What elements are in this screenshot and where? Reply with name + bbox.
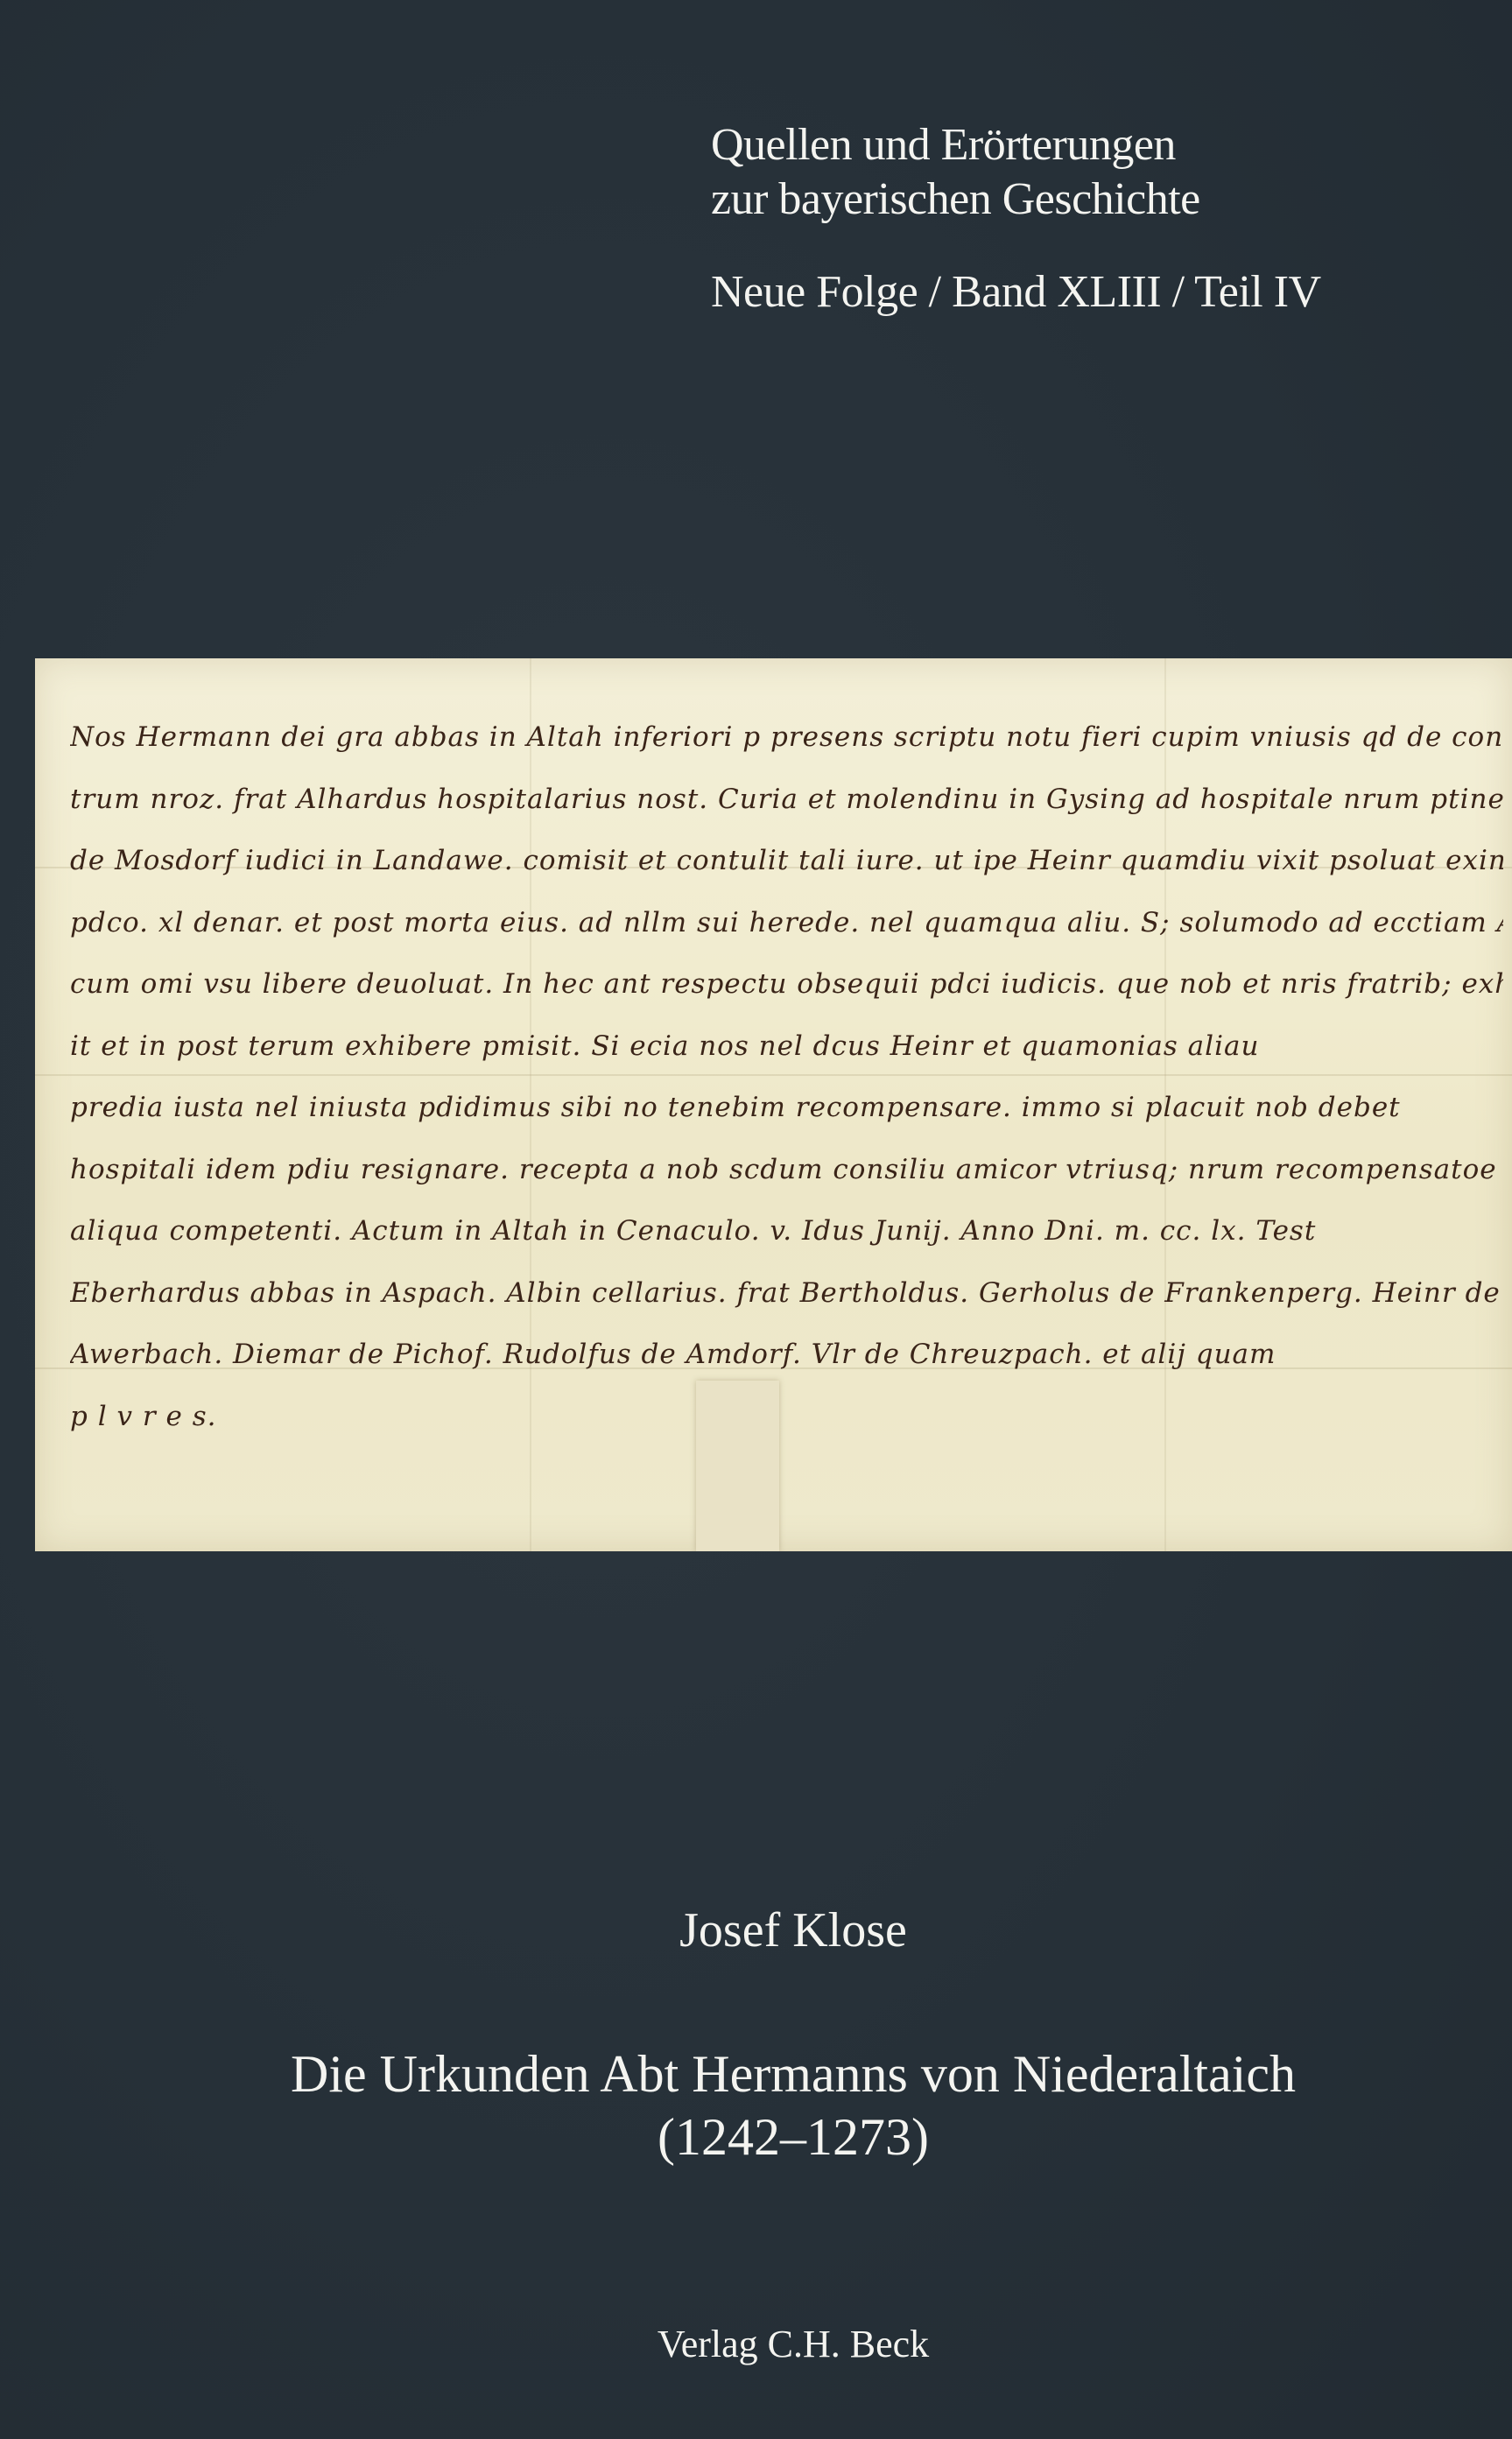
- seal-strip: [696, 1381, 779, 1551]
- publisher: Verlag C.H. Beck: [0, 2320, 1512, 2369]
- manuscript-line: trum nroz. frat Alhardus hospitalarius n…: [70, 769, 1503, 831]
- author-name: Josef Klose: [0, 1900, 1512, 1961]
- manuscript-line: p l v r e s.: [70, 1386, 1503, 1448]
- manuscript-line: Eberhardus abbas in Aspach. Albin cellar…: [70, 1262, 1503, 1325]
- volume-info: Neue Folge / Band XLIII / Teil IV: [711, 265, 1321, 320]
- book-title-main: Die Urkunden Abt Hermanns von Niederalta…: [74, 2042, 1512, 2105]
- book-title: Die Urkunden Abt Hermanns von Niederalta…: [0, 2042, 1512, 2168]
- manuscript-line: pdco. xl denar. et post morta eius. ad n…: [70, 892, 1503, 954]
- manuscript-line: hospitali idem pdiu resignare. recepta a…: [70, 1139, 1503, 1201]
- series-title: Quellen und Erörterungen zur bayerischen…: [711, 118, 1200, 227]
- book-title-years: (1242–1273): [74, 2105, 1512, 2168]
- manuscript-line: it et in post terum exhibere pmisit. Si …: [70, 1016, 1503, 1078]
- manuscript-line: cum omi vsu libere deuoluat. In hec ant …: [70, 953, 1503, 1016]
- manuscript-line: aliqua competenti. Actum in Altah in Cen…: [70, 1200, 1503, 1262]
- series-title-line-2: zur bayerischen Geschichte: [711, 172, 1200, 227]
- manuscript-line: predia iusta nel iniusta pdidimus sibi n…: [70, 1077, 1503, 1139]
- manuscript-line: de Mosdorf iudici in Landawe. comisit et…: [70, 830, 1503, 892]
- manuscript-line: Nos Hermann dei gra abbas in Altah infer…: [70, 706, 1503, 769]
- manuscript-image: Nos Hermann dei gra abbas in Altah infer…: [35, 658, 1512, 1551]
- series-title-line-1: Quellen und Erörterungen: [711, 118, 1200, 172]
- manuscript-line: Awerbach. Diemar de Pichof. Rudolfus de …: [70, 1324, 1503, 1386]
- manuscript-text: Nos Hermann dei gra abbas in Altah infer…: [70, 706, 1503, 1447]
